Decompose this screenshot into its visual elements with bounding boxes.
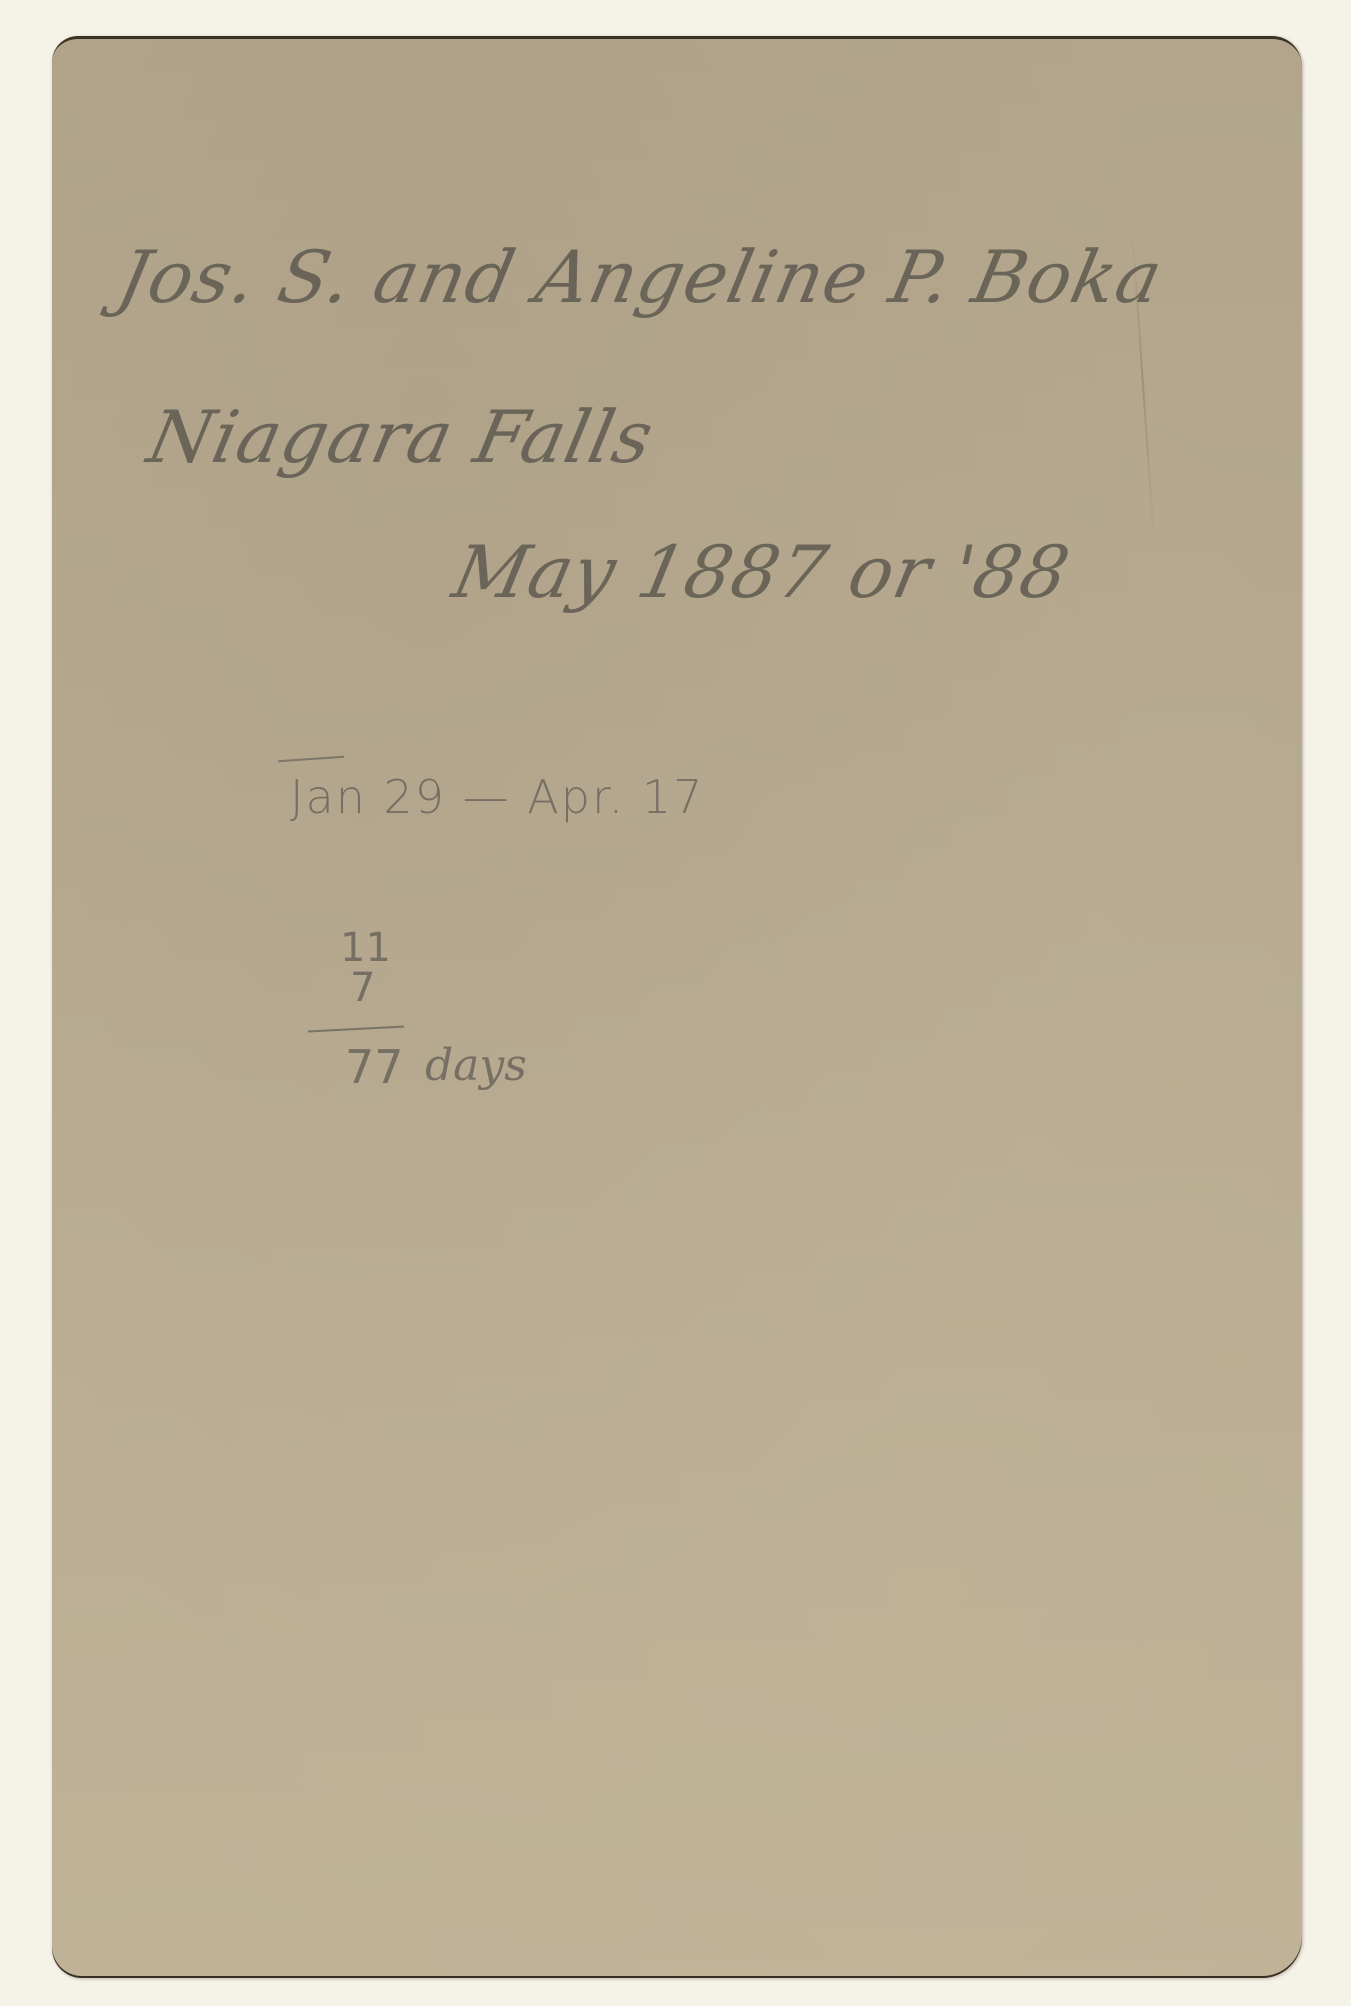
photo-card-back	[52, 36, 1302, 1978]
inscription-names: Jos. S. and Angeline P. Boka	[111, 235, 1170, 319]
inscription-place: Niagara Falls	[141, 395, 661, 479]
note-sum-total: 77	[345, 1040, 404, 1094]
note-addend-2: 7	[350, 965, 375, 1011]
note-sum-unit: days	[425, 1040, 527, 1091]
inscription-date: May 1887 or '88	[446, 530, 1077, 614]
note-date-range: Jan 29 — Apr. 17	[290, 770, 704, 824]
